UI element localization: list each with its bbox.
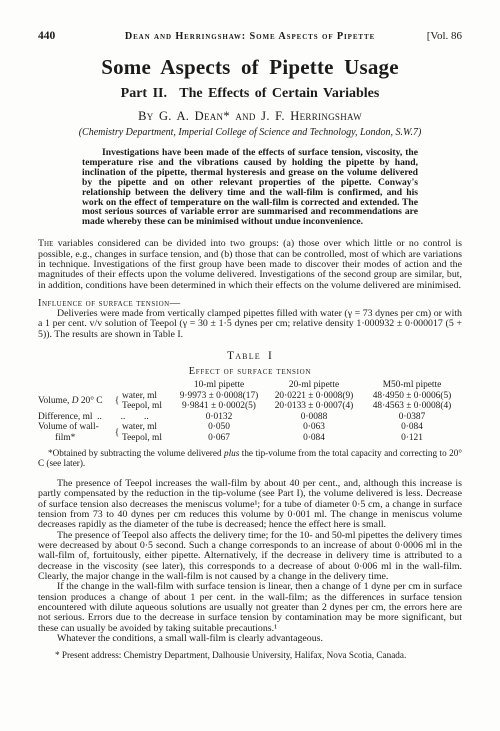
column-header-50ml: M50-ml pipette	[362, 380, 462, 391]
sublabel-water: water, ml	[122, 391, 172, 402]
paragraph-conclusion: Whatever the conditions, a small wall-fi…	[38, 634, 462, 644]
paragraph-text: variables considered can be divided into…	[38, 238, 462, 290]
affiliation: (Chemistry Department, Imperial College …	[38, 127, 462, 138]
paragraph-lead-word: The	[38, 238, 53, 249]
author-footnote: * Present address: Chemistry Department,…	[38, 650, 462, 660]
table-cell: 20·0133 ± 0·0007(4)	[266, 401, 362, 412]
table-cell: 0·084	[266, 433, 362, 444]
table-row-volume-water: Volume, D 20° C { water, ml 9·9973 ± 0·0…	[38, 391, 462, 402]
volume-label: [Vol. 86	[400, 30, 462, 42]
table-footnote: *Obtained by subtracting the volume deli…	[38, 448, 462, 468]
row-label-volume-post: 20° C	[78, 396, 102, 406]
brace-volume-group: {	[112, 391, 122, 412]
paragraph-delivery-time: The presence of Teepol also affects the …	[38, 531, 462, 583]
sublabel-teepol: Teepol, ml	[122, 401, 172, 412]
paragraph-deliveries: Deliveries were made from vertically cla…	[38, 309, 462, 340]
table-cell: 48·4563 ± 0·0008(4)	[362, 401, 462, 412]
paragraph-linear-change: If the change in the wall-film with surf…	[38, 582, 462, 634]
abstract-synopsis: Investigations have been made of the eff…	[82, 148, 418, 227]
table-header-row: 10-ml pipette 20-ml pipette M50-ml pipet…	[38, 380, 462, 391]
row-label-wall-film-line1: Volume of wall-	[38, 422, 112, 433]
brace-wall-film-group: {	[112, 422, 122, 443]
table-cell: 0·084	[362, 422, 462, 433]
running-title: Dean and Herringshaw: Some Aspects of Pi…	[100, 31, 400, 42]
table-cell: 0·0088	[266, 412, 362, 423]
page-number: 440	[38, 30, 100, 42]
sublabel-teepol: Teepol, ml	[122, 433, 172, 444]
table-cell: 0·121	[362, 433, 462, 444]
column-header-20ml: 20-ml pipette	[266, 380, 362, 391]
paragraph-intro: The variables considered can be divided …	[38, 239, 462, 291]
table-cell: 0·0387	[362, 412, 462, 423]
table-cell: 20·0221 ± 0·0008(9)	[266, 391, 362, 402]
table-effect-of-surface-tension: 10-ml pipette 20-ml pipette M50-ml pipet…	[38, 380, 462, 444]
table-corner-empty	[38, 380, 172, 391]
page-header: 440 Dean and Herringshaw: Some Aspects o…	[38, 30, 462, 42]
row-label-difference: Difference, ml .. .. ..	[38, 412, 172, 423]
table-title: Table I	[38, 350, 462, 362]
table-row-difference: Difference, ml .. .. .. 0·0132 0·0088 0·…	[38, 412, 462, 423]
row-label-wall-film-line2: film*	[38, 433, 112, 444]
table-cell: 48·4950 ± 0·0006(5)	[362, 391, 462, 402]
row-label-volume-pre: Volume,	[38, 396, 72, 406]
byline: By G. A. Dean* and J. F. Herringshaw	[38, 109, 462, 124]
sublabel-water: water, ml	[122, 422, 172, 433]
table-cell: 9·9973 ± 0·0008(17)	[172, 391, 266, 402]
table-cell: 9·9841 ± 0·0002(5)	[172, 401, 266, 412]
table-cell: 0·063	[266, 422, 362, 433]
row-label-volume: Volume, D 20° C	[38, 391, 112, 412]
paragraph-teepol-wallfilm: The presence of Teepol increases the wal…	[38, 479, 462, 531]
article-title: Some Aspects of Pipette Usage	[38, 55, 462, 80]
journal-page: 440 Dean and Herringshaw: Some Aspects o…	[0, 0, 500, 731]
column-header-10ml: 10-ml pipette	[172, 380, 266, 391]
table-footnote-italic: plus	[224, 448, 239, 458]
row-label-wall-film: Volume of wall-film*	[38, 422, 112, 443]
table-subtitle: Effect of surface tension	[38, 366, 462, 377]
table-cell: 0·050	[172, 422, 266, 433]
table-footnote-pre: *Obtained by subtracting the volume deli…	[48, 448, 224, 458]
table-cell: 0·067	[172, 433, 266, 444]
article-subtitle: Part II. The Effects of Certain Variable…	[38, 86, 462, 102]
table-cell: 0·0132	[172, 412, 266, 423]
table-row-wallfilm-water: Volume of wall-film* { water, ml 0·050 0…	[38, 422, 462, 433]
